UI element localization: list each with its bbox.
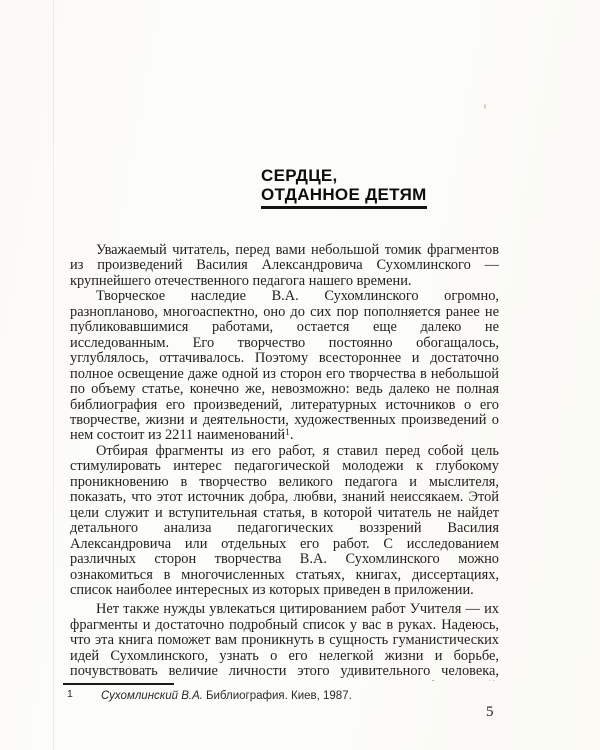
body-text: Уважаемый читатель, перед вами небольшой… (70, 243, 499, 681)
chapter-title: СЕРДЦЕ, ОТДАННОЕ ДЕТЯМ (261, 166, 427, 209)
paragraph-hope-text: Нет также нужды увлекаться цитированием … (70, 601, 499, 681)
paragraph-hope: Нет также нужды увлекаться цитированием … (70, 602, 499, 681)
paragraph-intro-text: Уважаемый читатель, перед вами небольшой… (70, 243, 499, 289)
paragraph-heritage-tail: . (290, 427, 294, 443)
footnote-author: Сухомлинский В.А. (101, 690, 203, 702)
footnote-marker: 1 (67, 688, 101, 701)
paragraph-heritage-text: Творческое наследие В.А. Сухомлинского о… (70, 288, 499, 443)
paragraph-intro: Уважаемый читатель, перед вами небольшой… (70, 243, 499, 289)
scan-edge-line (53, 0, 54, 750)
paragraph-selection: Отбирая фрагменты из его работ, я ставил… (70, 444, 499, 599)
scan-dust-speck (484, 104, 486, 109)
page-number: 5 (486, 704, 494, 721)
chapter-title-line2: ОТДАННОЕ ДЕТЯМ (261, 185, 427, 209)
paragraph-selection-text: Отбирая фрагменты из его работ, я ставил… (70, 443, 499, 598)
footnote-separator (63, 683, 174, 685)
footnote: 1Сухомлинский В.А.Библиография. Киев, 19… (67, 688, 497, 703)
chapter-title-line1: СЕРДЦЕ, (261, 166, 338, 185)
footnote-text: Библиография. Киев, 1987. (206, 690, 352, 702)
scanned-book-page: СЕРДЦЕ, ОТДАННОЕ ДЕТЯМ Уважаемый читател… (0, 0, 600, 750)
paragraph-heritage: Творческое наследие В.А. Сухомлинского о… (70, 289, 499, 444)
